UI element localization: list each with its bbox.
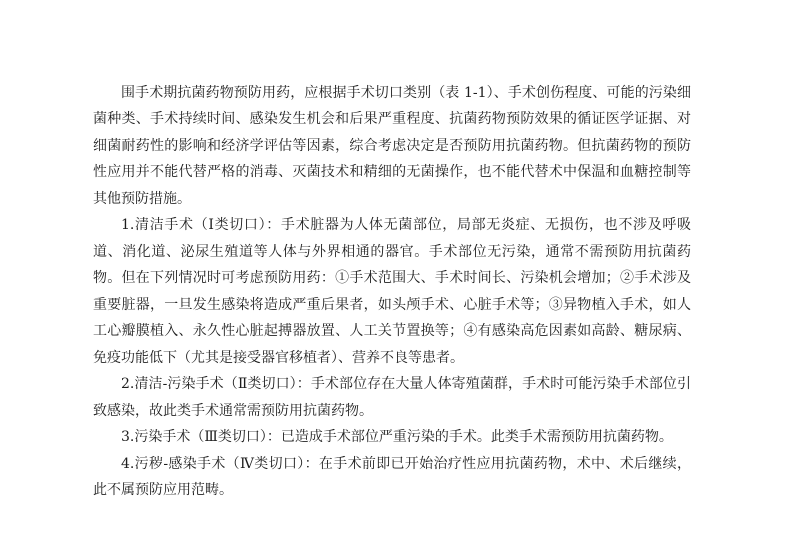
paragraph-contaminated-surgery: 3.污染手术（Ⅲ类切口）：已造成手术部位严重污染的手术。此类手术需预防用抗菌药物… xyxy=(93,424,691,450)
paragraph-intro: 围手术期抗菌药物预防用药，应根据手术切口类别（表 1-1）、手术创伤程度、可能的… xyxy=(93,80,691,212)
paragraph-clean-contaminated-surgery: 2.清洁-污染手术（Ⅱ类切口）：手术部位存在大量人体寄殖菌群，手术时可能污染手术… xyxy=(93,371,691,424)
document-page: 围手术期抗菌药物预防用药，应根据手术切口类别（表 1-1）、手术创伤程度、可能的… xyxy=(93,80,691,504)
paragraph-dirty-infected-surgery: 4.污秽-感染手术（Ⅳ类切口）：在手术前即已开始治疗性应用抗菌药物，术中、术后继… xyxy=(93,451,691,504)
paragraph-clean-surgery: 1.清洁手术（Ⅰ类切口）：手术脏器为人体无菌部位，局部无炎症、无损伤，也不涉及呼… xyxy=(93,212,691,371)
